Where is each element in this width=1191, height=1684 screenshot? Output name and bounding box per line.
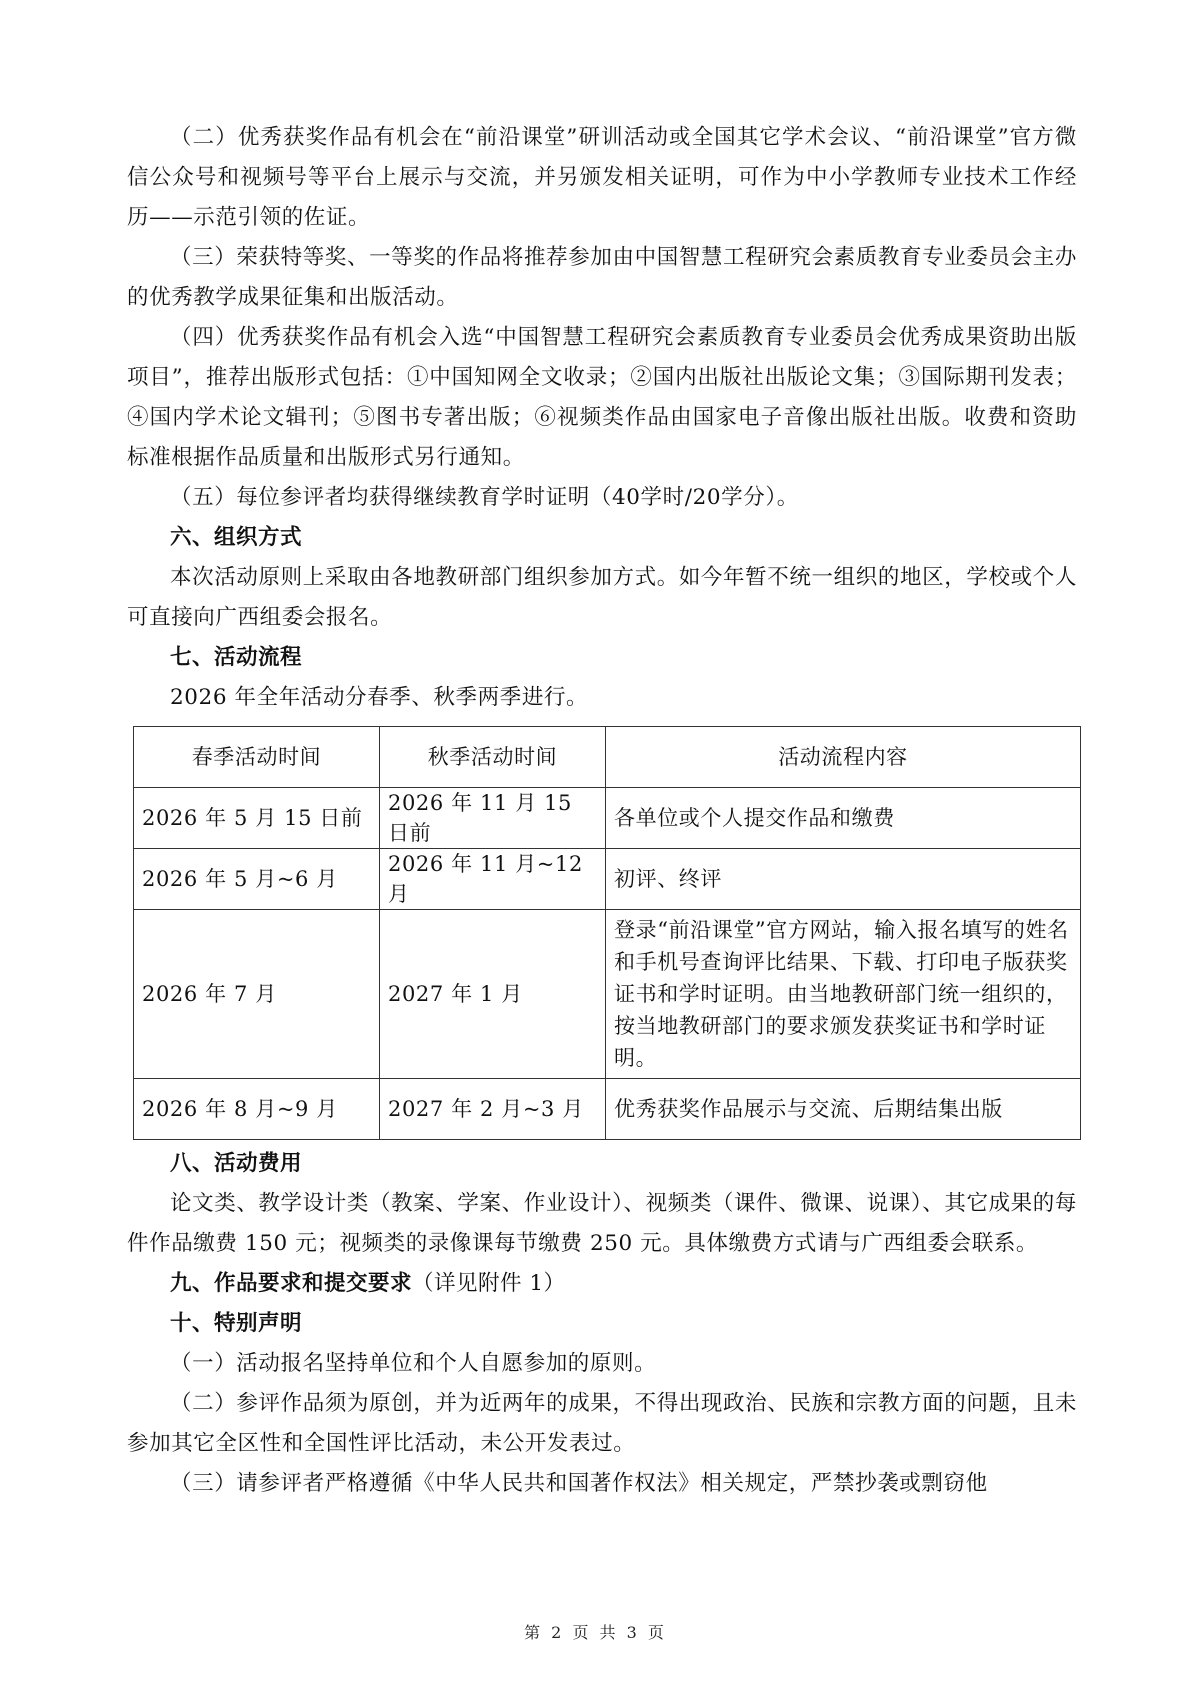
document-page: （二）优秀获奖作品有机会在“前沿课堂”研训活动或全国其它学术会议、“前沿课堂”官… (127, 118, 1077, 1504)
paragraph-award-3: （三）荣获特等奖、一等奖的作品将推荐参加由中国智慧工程研究会素质教育专业委员会主… (127, 238, 1077, 318)
section-heading-requirements: 九、作品要求和提交要求（详见附件 1） (127, 1264, 1077, 1304)
declaration-item-3: （三）请参评者严格遵循《中华人民共和国著作权法》相关规定，严禁抄袭或剽窃他 (127, 1464, 1077, 1504)
section-heading-declaration: 十、特别声明 (127, 1304, 1077, 1344)
table-row: 2026 年 7 月 2027 年 1 月 登录“前沿课堂”官方网站，输入报名填… (134, 910, 1081, 1079)
table-row: 2026 年 5 月~6 月 2026 年 11 月~12 月 初评、终评 (134, 849, 1081, 910)
schedule-table: 春季活动时间 秋季活动时间 活动流程内容 2026 年 5 月 15 日前 20… (133, 726, 1081, 1140)
header-spring-time: 春季活动时间 (134, 727, 380, 788)
header-autumn-time: 秋季活动时间 (380, 727, 606, 788)
cell-spring: 2026 年 8 月~9 月 (134, 1079, 380, 1140)
table-row: 2026 年 8 月~9 月 2027 年 2 月~3 月 优秀获奖作品展示与交… (134, 1079, 1081, 1140)
section-heading-fees: 八、活动费用 (127, 1144, 1077, 1184)
section-heading-organization: 六、组织方式 (127, 518, 1077, 558)
section-heading-process: 七、活动流程 (127, 638, 1077, 678)
requirements-title: 九、作品要求和提交要求 (170, 1271, 412, 1296)
cell-autumn: 2026 年 11 月 15 日前 (380, 788, 606, 849)
cell-autumn: 2026 年 11 月~12 月 (380, 849, 606, 910)
cell-spring: 2026 年 7 月 (134, 910, 380, 1079)
table-header-row: 春季活动时间 秋季活动时间 活动流程内容 (134, 727, 1081, 788)
cell-content: 登录“前沿课堂”官方网站，输入报名填写的姓名和手机号查询评比结果、下载、打印电子… (606, 910, 1081, 1079)
cell-autumn: 2027 年 1 月 (380, 910, 606, 1079)
header-process-content: 活动流程内容 (606, 727, 1081, 788)
cell-content: 优秀获奖作品展示与交流、后期结集出版 (606, 1079, 1081, 1140)
declaration-item-1: （一）活动报名坚持单位和个人自愿参加的原则。 (127, 1344, 1077, 1384)
paragraph-award-2: （二）优秀获奖作品有机会在“前沿课堂”研训活动或全国其它学术会议、“前沿课堂”官… (127, 118, 1077, 238)
paragraph-award-5: （五）每位参评者均获得继续教育学时证明（40学时/20学分）。 (127, 478, 1077, 518)
organization-body: 本次活动原则上采取由各地教研部门组织参加方式。如今年暂不统一组织的地区，学校或个… (127, 558, 1077, 638)
cell-autumn: 2027 年 2 月~3 月 (380, 1079, 606, 1140)
declaration-item-2: （二）参评作品须为原创，并为近两年的成果，不得出现政治、民族和宗教方面的问题，且… (127, 1384, 1077, 1464)
page-number-footer: 第 2 页 共 3 页 (0, 1620, 1191, 1643)
paragraph-award-4: （四）优秀获奖作品有机会入选“中国智慧工程研究会素质教育专业委员会优秀成果资助出… (127, 318, 1077, 478)
cell-content: 初评、终评 (606, 849, 1081, 910)
cell-spring: 2026 年 5 月 15 日前 (134, 788, 380, 849)
cell-content: 各单位或个人提交作品和缴费 (606, 788, 1081, 849)
cell-spring: 2026 年 5 月~6 月 (134, 849, 380, 910)
requirements-note: （详见附件 1） (412, 1271, 566, 1296)
process-intro: 2026 年全年活动分春季、秋季两季进行。 (127, 678, 1077, 718)
table-row: 2026 年 5 月 15 日前 2026 年 11 月 15 日前 各单位或个… (134, 788, 1081, 849)
fees-body: 论文类、教学设计类（教案、学案、作业设计）、视频类（课件、微课、说课）、其它成果… (127, 1184, 1077, 1264)
